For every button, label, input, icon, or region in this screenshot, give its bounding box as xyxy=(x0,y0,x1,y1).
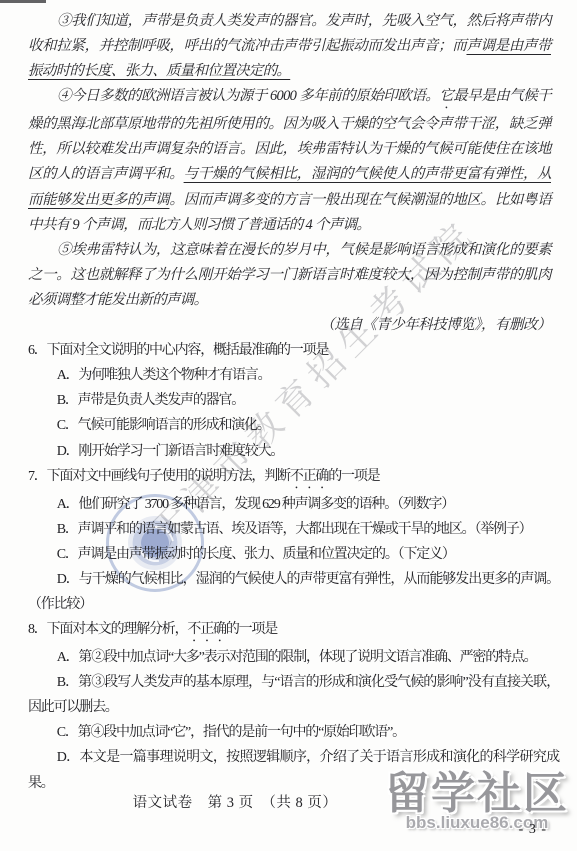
option-label: B． xyxy=(57,393,78,408)
question-number: 7． xyxy=(28,469,47,484)
dot-emphasized-text: 它 xyxy=(439,88,453,104)
option-label: B． xyxy=(57,522,78,537)
text-run: 第③段写人类发声的基本原理，与“语言的形成和演化受气候的影响”没有直接关联，因此… xyxy=(28,675,559,715)
question-6-option-a: A．为何唯独人类这个物种才有语言。 xyxy=(28,363,559,388)
question-7-option-a: A．他们研究了 3700 多种语言，发现 629 种声调多变的语种。（列数字） xyxy=(28,492,559,517)
text-run: 刚开始学习一门新语言时难度较大。 xyxy=(78,444,283,459)
question-8-option-a: A．第②段中加点词“大多”表示对范围的限制，体现了说明文语言准确、严密的特点。 xyxy=(28,645,559,670)
text-run: 下面对全文说明的中心内容，概括最准确的一项是 xyxy=(47,343,329,358)
text-run: 与干燥的气候相比，湿润的气候使人的声带更富有弹性，从而能够发出更多的声调。（作比… xyxy=(28,572,559,612)
exam-paper-page: 天津市教育招生考试院 ③我们知道，声带是负责人类发声的器官。发声时，先吸入空气，… xyxy=(0,0,577,851)
text-run: 第④段中加点词“它”，指代的是前一句中的“原始印欧语”。 xyxy=(78,725,405,740)
text-run: 的一项是 xyxy=(328,469,379,484)
text-run: 声带是负责人类发声的器官。 xyxy=(78,393,244,408)
option-label: C． xyxy=(57,725,78,740)
question-number: 6． xyxy=(28,343,47,358)
text-run: ④今日多数的欧洲语言被认为源于 6000 多年前的原始印欧语。 xyxy=(57,88,439,104)
question-7-option-b: B．声调平和的语言如蒙古语、埃及语等，大都出现在干燥或干旱的地区。（举例子） xyxy=(28,517,559,542)
option-label: C． xyxy=(57,418,78,433)
option-label: A． xyxy=(57,650,79,665)
passage-paragraph-1: ③我们知道，声带是负责人类发声的器官。发声时，先吸入空气，然后将声带内收和拉紧，… xyxy=(28,9,551,84)
passage-paragraph-2: ④今日多数的欧洲语言被认为源于 6000 多年前的原始印欧语。它最早是由气候干燥… xyxy=(28,84,551,237)
text-run: 第②段中加点词“大多”表示对范围的限制，体现了说明文语言准确、严密的特点。 xyxy=(78,650,536,665)
option-label: C． xyxy=(57,547,78,562)
text-run: 下面对文中画线句子使用的说明方法，判断 xyxy=(47,469,290,484)
question-7-option-d: D．与干燥的气候相比，湿润的气候使人的声带更富有弹性，从而能够发出更多的声调。（… xyxy=(28,567,559,617)
question-6-option-d: D．刚开始学习一门新语言时难度较大。 xyxy=(28,439,559,464)
question-number: 8． xyxy=(28,622,47,637)
option-label: B． xyxy=(57,675,78,690)
dot-emphasized-text: 不正确 xyxy=(187,622,225,637)
question-6-option-b: B．声带是负责人类发声的器官。 xyxy=(28,388,559,413)
question-stem: 8．下面对本文的理解分析，不正确的一项是 xyxy=(28,617,559,645)
page-content: ③我们知道，声带是负责人类发声的器官。发声时，先吸入空气，然后将声带内收和拉紧，… xyxy=(28,9,559,796)
text-run: 为何唯独人类这个物种才有语言。 xyxy=(78,368,270,383)
text-run: 声调是由声带振动时的长度、张力、质量和位置决定的。（下定义） xyxy=(78,547,455,562)
text-run: 气候可能影响语言的形成和演化。 xyxy=(78,418,270,433)
question-stem: 6．下面对全文说明的中心内容，概括最准确的一项是 xyxy=(28,338,559,363)
question-6-option-c: C．气候可能影响语言的形成和演化。 xyxy=(28,413,559,438)
question-stem: 7．下面对文中画线句子使用的说明方法，判断不正确的一项是 xyxy=(28,464,559,492)
question-7-option-c: C．声调是由声带振动时的长度、张力、质量和位置决定的。（下定义） xyxy=(28,542,559,567)
community-watermark-title: 留学社区 xyxy=(379,770,575,818)
question-8-option-c: C．第④段中加点词“它”，指代的是前一句中的“原始印欧语”。 xyxy=(28,720,559,745)
option-label: A． xyxy=(57,497,79,512)
option-label: D． xyxy=(57,444,79,459)
dot-emphasized-text: 不正确 xyxy=(290,469,328,484)
text-run: ⑤埃弗雷特认为，这意味着在漫长的岁月中，气候是影响语言形成和演化的要素之一。这也… xyxy=(28,242,551,308)
text-run: 声调平和的语言如蒙古语、埃及语等，大都出现在干燥或干旱的地区。（举例子） xyxy=(78,522,532,537)
text-run: 他们研究了 3700 多种语言，发现 629 种声调多变的语种。（列数字） xyxy=(78,497,454,512)
option-label: D． xyxy=(57,572,79,587)
option-label: D． xyxy=(57,750,80,765)
page-number: - 3 - xyxy=(519,822,547,838)
source-attribution: （选自《青少年科技博览》，有删改） xyxy=(28,313,551,338)
text-run: 的一项是 xyxy=(226,622,277,637)
passage-paragraph-3: ⑤埃弗雷特认为，这意味着在漫长的岁月中，气候是影响语言形成和演化的要素之一。这也… xyxy=(28,238,551,313)
reading-passage: ③我们知道，声带是负责人类发声的器官。发声时，先吸入空气，然后将声带内收和拉紧，… xyxy=(28,9,551,313)
option-label: A． xyxy=(57,368,79,383)
text-run: 下面对本文的理解分析， xyxy=(47,622,188,637)
questions-section: 6．下面对全文说明的中心内容，概括最准确的一项是A．为何唯独人类这个物种才有语言… xyxy=(28,338,559,796)
scan-edge-artifact xyxy=(0,0,46,3)
question-8-option-b: B．第③段写人类发声的基本原理，与“语言的形成和演化受气候的影响”没有直接关联，… xyxy=(28,670,559,720)
